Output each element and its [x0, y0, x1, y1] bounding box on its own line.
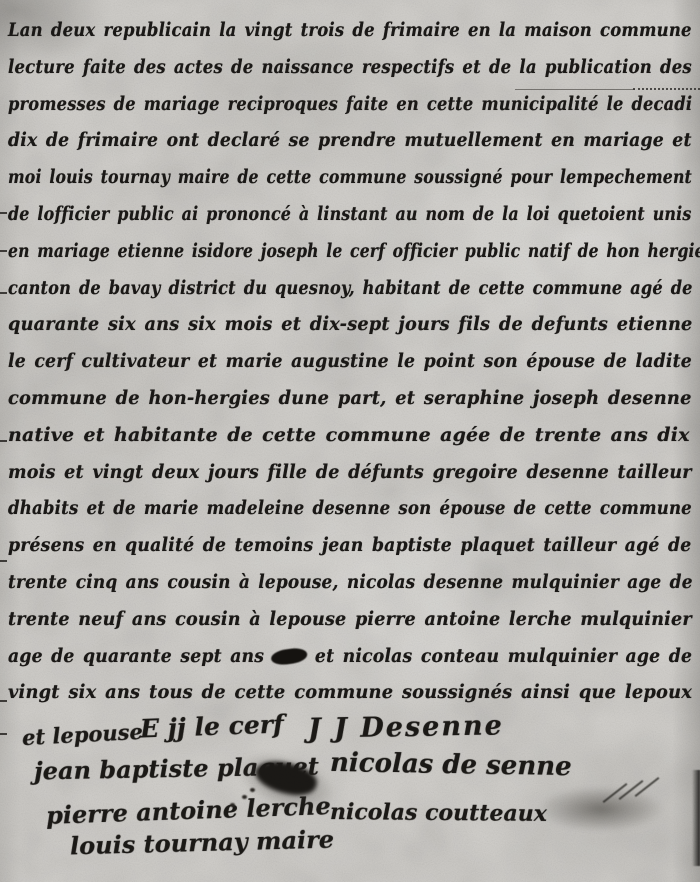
manuscript-line-12: native et habitante de cette commune agé… [8, 417, 692, 454]
margin-dash [0, 250, 7, 252]
ink-speck [250, 788, 255, 792]
manuscript-line-1: Lan deux republicain la vingt trois de f… [8, 12, 603, 49]
manuscript-line-19: vingt six ans tous de cette commune sous… [8, 674, 651, 711]
manuscript-line-7: en mariage etienne isidore joseph le cer… [8, 233, 571, 270]
margin-dash [0, 292, 7, 294]
manuscript-line-4: dix de frimaire ont declaré se prendre m… [8, 122, 630, 159]
signature-witness1: jean baptiste plaquet [34, 752, 319, 786]
signature-officer: louis tournay maire [70, 825, 335, 861]
manuscript-line-2: lecture faite des actes de naissance res… [8, 49, 603, 86]
manuscript-line-11: commune de hon-hergies dune part, et ser… [8, 380, 651, 417]
margin-dash [0, 560, 7, 562]
document-page: Lan deux republicain la vingt trois de f… [0, 0, 700, 882]
manuscript-line-16: trente cinq ans cousin à lepouse, nicola… [8, 564, 619, 601]
signature-witness4: nicolas coutteaux [330, 799, 547, 827]
closing-words: et lepouse [21, 719, 143, 750]
manuscript-line-10: le cerf cultivateur et marie augustine l… [8, 343, 631, 380]
signature-witness3: pierre antoine lerche [46, 791, 332, 830]
manuscript-line-15: présens en qualité de temoins jean bapti… [8, 527, 631, 564]
smudge-hatch-mark [635, 777, 660, 797]
manuscript-line-14: dhabits et de marie madeleine desenne so… [8, 490, 606, 527]
ink-blot-icon [271, 647, 309, 667]
scan-edge-shadow [692, 770, 700, 866]
manuscript-line-8: canton de bavay district du quesnoy, hab… [8, 270, 591, 307]
manuscript-line-17: trente neuf ans cousin à lepouse pierre … [8, 601, 642, 638]
manuscript-line-5: moi louis tournay maire de cette commune… [8, 159, 576, 196]
signature-witness2: nicolas de senne [330, 748, 572, 782]
manuscript-line-9: quarante six ans six mois et dix-sept jo… [8, 306, 647, 343]
signature-bride: J J Desenne [308, 710, 504, 744]
manuscript-line-18-before-blot: age de quarante sept ans [8, 645, 264, 667]
signature-groom: E jj le cerf [140, 710, 285, 744]
manuscript-line-18: age de quarante sept anset nicolas conte… [8, 638, 630, 675]
margin-dash [0, 440, 7, 442]
manuscript-line-3: promesses de mariage reciproques faite e… [8, 86, 595, 123]
manuscript-line-18-after-blot: et nicolas conteau mulquinier age de [315, 645, 692, 667]
manuscript-body: Lan deux republicain la vingt trois de f… [8, 12, 694, 711]
smudge-hatch-mark [603, 783, 628, 803]
manuscript-line-6: de lofficier public ai prononcé à linsta… [8, 196, 582, 233]
gray-smudge [538, 786, 664, 832]
margin-dash [0, 733, 7, 735]
smudge-hatch-mark [619, 780, 644, 800]
margin-dash [0, 700, 7, 702]
margin-dash [0, 212, 7, 214]
manuscript-line-13: mois et vingt deux jours fille de défunt… [8, 454, 642, 491]
